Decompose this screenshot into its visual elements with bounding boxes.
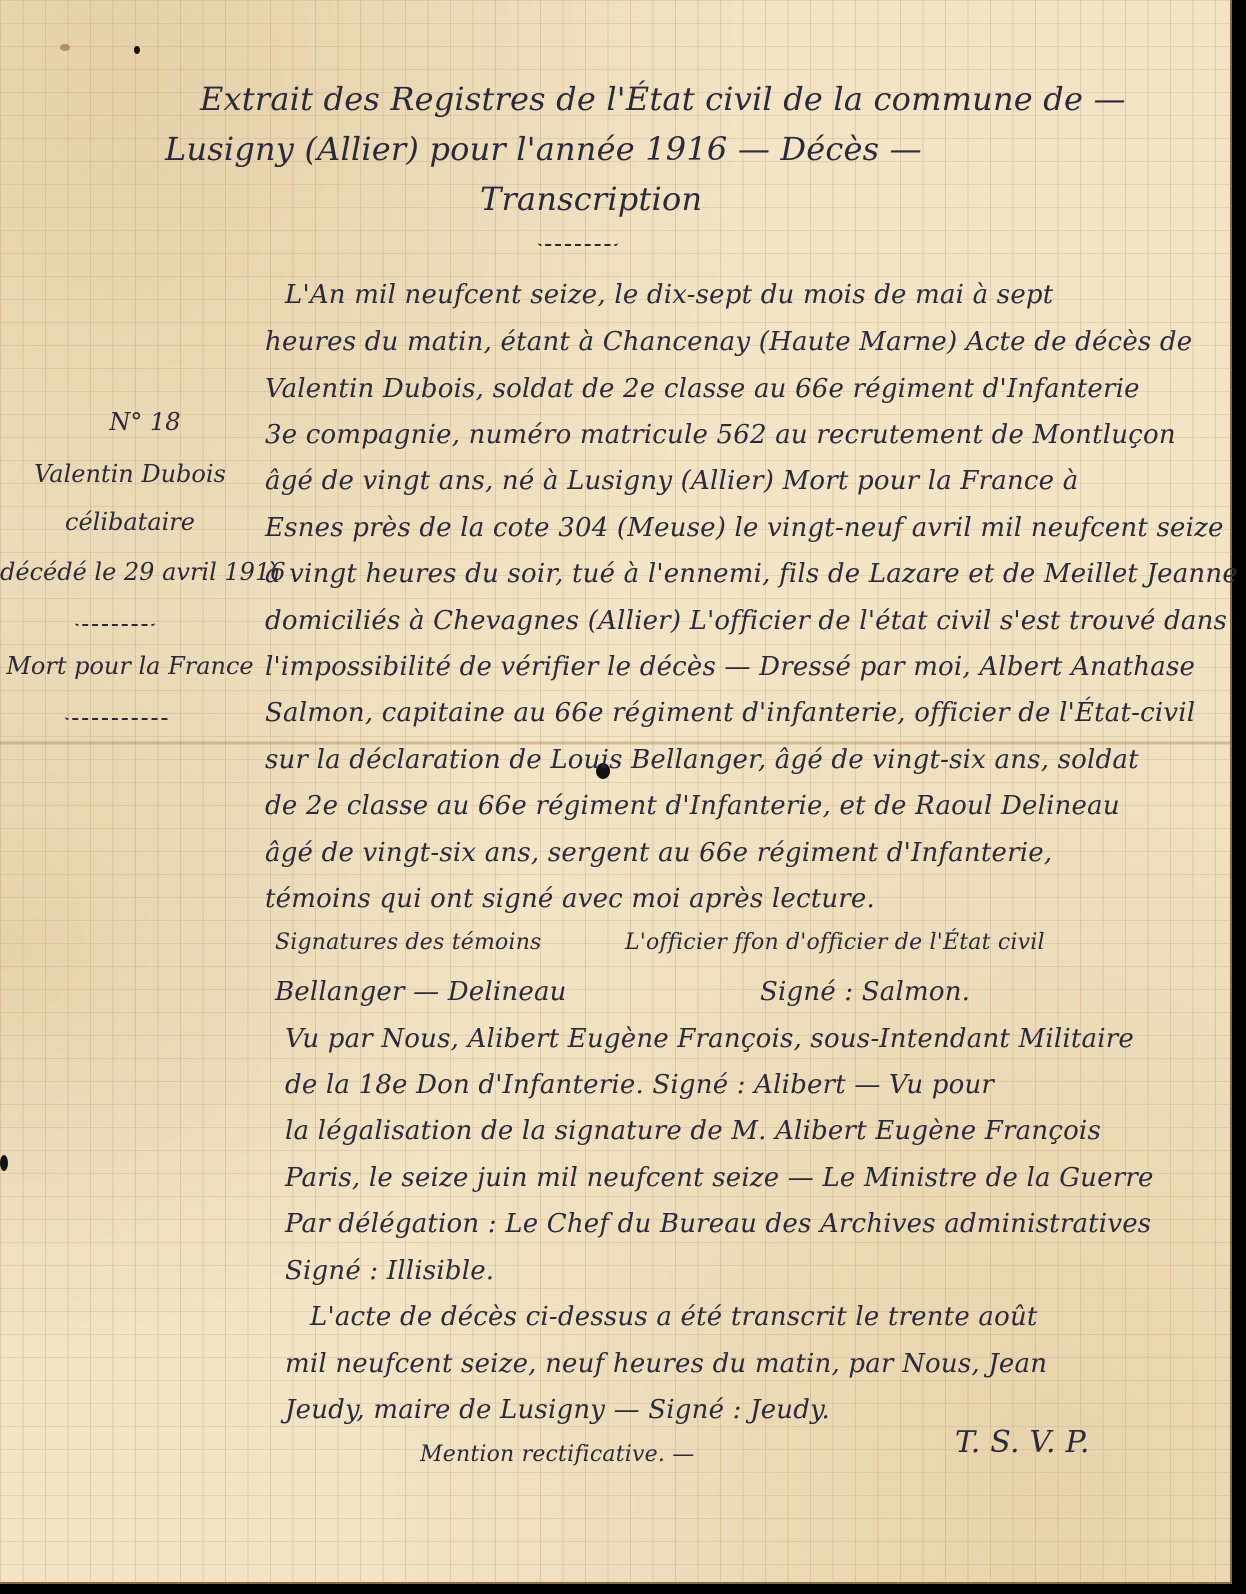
body-line: âgé de vingt-six ans, sergent au 66e rég… [265, 838, 1052, 868]
body-line: L'An mil neufcent seize, le dix-sept du … [285, 280, 1053, 310]
body-line: de 2e classe au 66e régiment d'Infanteri… [265, 791, 1120, 821]
margin-death-date: décédé le 29 avril 1916 [0, 558, 260, 586]
witness-signatures: Bellanger — Delineau [275, 977, 567, 1007]
ink-stain [60, 44, 70, 51]
title-line-2: Lusigny (Allier) pour l'année 1916 — Déc… [165, 130, 922, 168]
body-line: Signé : Illisible. [285, 1256, 494, 1286]
margin-status: célibataire [30, 508, 230, 536]
footer-tsvp: T. S. V. P. [955, 1425, 1090, 1460]
paper-hole [134, 46, 140, 54]
document-page: Extrait des Registres de l'État civil de… [0, 0, 1232, 1584]
body-line: de la 18e Don d'Infanterie. Signé : Alib… [285, 1070, 994, 1100]
body-line: L'acte de décès ci-dessus a été transcri… [310, 1302, 1038, 1332]
header-separator [538, 238, 618, 246]
footer-mention: Mention rectificative. — [420, 1442, 694, 1467]
body-line: à vingt heures du soir, tué à l'ennemi, … [265, 559, 1238, 589]
margin-name: Valentin Dubois [0, 460, 260, 488]
body-line: la légalisation de la signature de M. Al… [285, 1116, 1101, 1146]
body-line: domiciliés à Chevagnes (Allier) L'offici… [265, 606, 1227, 636]
body-line: mil neufcent seize, neuf heures du matin… [285, 1349, 1047, 1379]
body-line: Valentin Dubois, soldat de 2e classe au … [265, 374, 1140, 404]
body-line: Jeudy, maire de Lusigny — Signé : Jeudy. [285, 1395, 830, 1425]
body-line: âgé de vingt ans, né à Lusigny (Allier) … [265, 466, 1078, 496]
body-line: Paris, le seize juin mil neufcent seize … [285, 1163, 1154, 1193]
title-transcription: Transcription [480, 180, 702, 218]
body-line: 3e compagnie, numéro matricule 562 au re… [265, 420, 1176, 450]
body-line: sur la déclaration de Louis Bellanger, â… [265, 745, 1139, 775]
body-line: Vu par Nous, Alibert Eugène François, so… [285, 1024, 1134, 1054]
margin-separator [75, 618, 155, 626]
body-line: Par délégation : Le Chef du Bureau des A… [285, 1209, 1151, 1239]
margin-mention: Mort pour la France [0, 652, 260, 680]
officer-signature: Signé : Salmon. [760, 977, 970, 1007]
signatures-label: Signatures des témoins [275, 930, 542, 955]
paper-hole [0, 1155, 8, 1171]
body-line: l'impossibilité de vérifier le décès — D… [265, 652, 1195, 682]
body-line: témoins qui ont signé avec moi après lec… [265, 884, 875, 914]
body-line: heures du matin, étant à Chancenay (Haut… [265, 327, 1192, 357]
margin-separator-2 [65, 712, 170, 720]
body-line: Esnes près de la cote 304 (Meuse) le vin… [265, 513, 1224, 543]
body-line: Salmon, capitaine au 66e régiment d'infa… [265, 698, 1195, 728]
margin-number: N° 18 [90, 408, 200, 436]
title-line-1: Extrait des Registres de l'État civil de… [200, 80, 1126, 118]
officer-label: L'officier ffon d'officier de l'État civ… [625, 930, 1045, 955]
